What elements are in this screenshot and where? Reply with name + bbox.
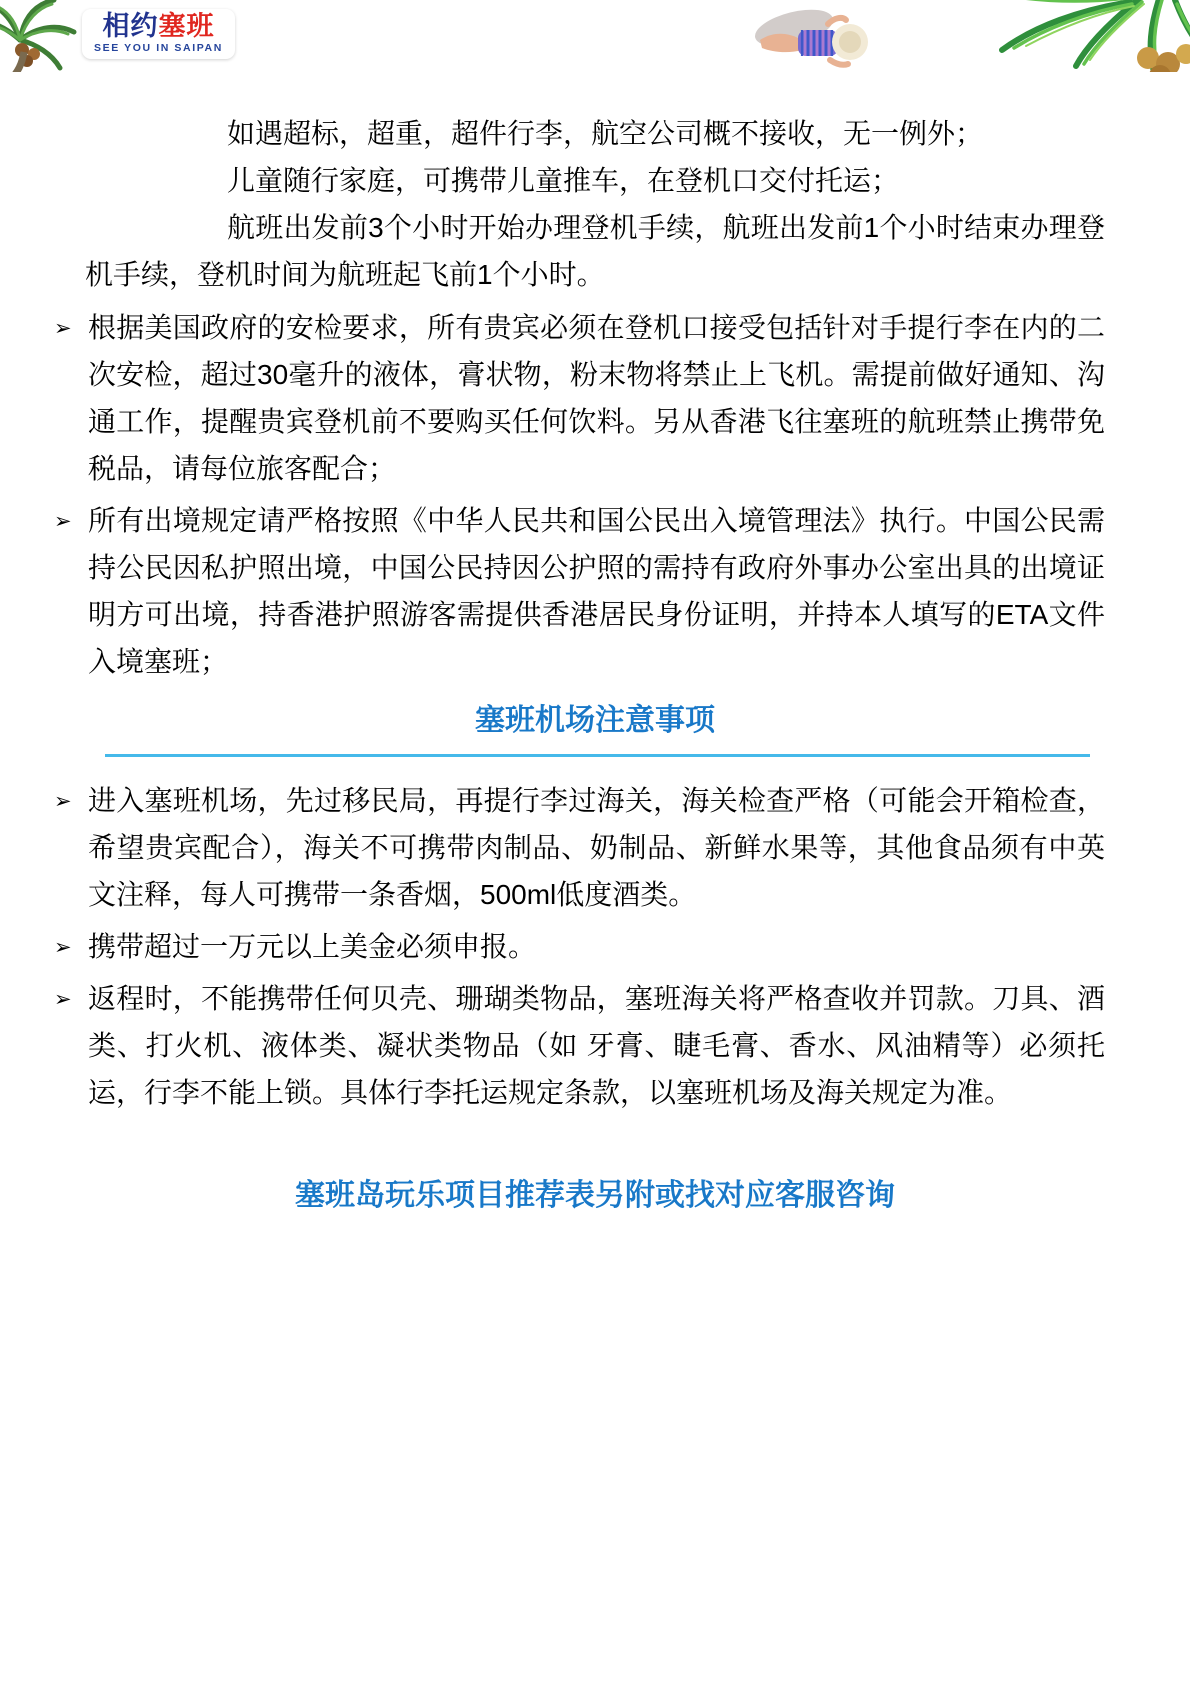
list-item: ➢ 返程时，不能携带任何贝壳、珊瑚类物品，塞班海关将严格查收并罚款。刀具、酒类、…	[85, 975, 1105, 1116]
arrow-bullet-icon: ➢	[54, 976, 72, 1023]
list-item: ➢ 根据美国政府的安检要求，所有贵宾必须在登机口接受包括针对手提行李在内的二次安…	[85, 304, 1105, 492]
arrow-bullet-icon: ➢	[54, 924, 72, 971]
list-item-text: 返程时，不能携带任何贝壳、珊瑚类物品，塞班海关将严格查收并罚款。刀具、酒类、打火…	[88, 983, 1105, 1108]
logo-title: 相约塞班	[94, 13, 223, 40]
list-item-text: 根据美国政府的安检要求，所有贵宾必须在登机口接受包括针对手提行李在内的二次安检，…	[88, 312, 1105, 484]
list-item-text: 携带超过一万元以上美金必须申报。	[88, 931, 536, 962]
list-item: ➢ 进入塞班机场，先过移民局，再提行李过海关，海关检查严格（可能会开箱检查，希望…	[85, 777, 1105, 918]
document-content: 如遇超标，超重，超件行李，航空公司概不接收，无一例外； 儿童随行家庭，可携带儿童…	[0, 72, 1190, 1218]
logo-title-part2: 塞班	[158, 11, 214, 41]
arrow-bullet-icon: ➢	[54, 778, 72, 825]
intro-line: 航班出发前3个小时开始办理登机手续，航班出发前1个小时结束办理登机手续，登机时间…	[85, 204, 1105, 298]
list-item: ➢ 携带超过一万元以上美金必须申报。	[85, 923, 1105, 970]
sunbather-illustration	[742, 2, 892, 72]
header-banner: 相约塞班 SEE YOU IN SAIPAN	[0, 0, 1190, 72]
notice-list-airport: ➢ 进入塞班机场，先过移民局，再提行李过海关，海关检查严格（可能会开箱检查，希望…	[85, 777, 1105, 1116]
logo-subtitle: SEE YOU IN SAIPAN	[94, 43, 223, 54]
footer-note: 塞班岛玩乐项目推荐表另附或找对应客服咨询	[85, 1174, 1105, 1218]
arrow-bullet-icon: ➢	[54, 305, 72, 352]
logo-title-part1: 相约	[102, 11, 158, 41]
logo-badge: 相约塞班 SEE YOU IN SAIPAN	[82, 9, 235, 59]
list-item-text: 所有出境规定请严格按照《中华人民共和国公民出入境管理法》执行。中国公民需持公民因…	[88, 505, 1105, 677]
document-page: 相约塞班 SEE YOU IN SAIPAN 如遇超标，超重，超件行李，航空公司…	[0, 0, 1190, 1683]
list-item-text: 进入塞班机场，先过移民局，再提行李过海关，海关检查严格（可能会开箱检查，希望贵宾…	[88, 785, 1105, 910]
arrow-bullet-icon: ➢	[54, 498, 72, 545]
section-underline	[105, 754, 1090, 757]
intro-line: 如遇超标，超重，超件行李，航空公司概不接收，无一例外；	[85, 110, 1105, 157]
section-title: 塞班机场注意事项	[85, 699, 1105, 743]
list-item: ➢ 所有出境规定请严格按照《中华人民共和国公民出入境管理法》执行。中国公民需持公…	[85, 497, 1105, 685]
intro-line: 儿童随行家庭，可携带儿童推车，在登机口交付托运；	[85, 157, 1105, 204]
notice-list-top: ➢ 根据美国政府的安检要求，所有贵宾必须在登机口接受包括针对手提行李在内的二次安…	[85, 304, 1105, 685]
